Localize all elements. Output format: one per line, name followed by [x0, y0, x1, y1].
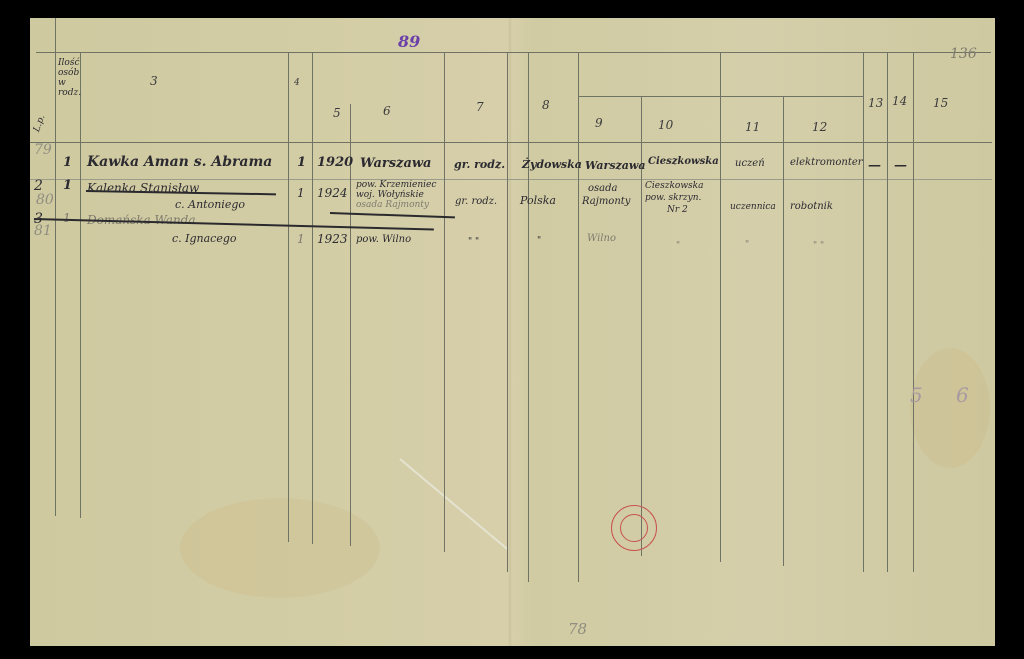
col-num-8: 8 — [542, 98, 550, 112]
education: uczennica — [730, 202, 776, 212]
name-line2: c. Ignacego — [172, 232, 237, 245]
page-number: 136 — [950, 46, 977, 62]
col-divider — [350, 104, 351, 546]
col-num-15: 15 — [933, 96, 948, 110]
margin-number: 81 — [34, 223, 52, 239]
col-divider — [507, 52, 508, 572]
margin-number: 80 — [36, 192, 54, 208]
name: Kawka Aman s. Abrama — [87, 154, 272, 170]
col-num-6: 6 — [383, 104, 391, 118]
nationality: " — [537, 236, 541, 246]
col-divider — [720, 52, 721, 562]
birth-year: 1920 — [317, 155, 353, 170]
religion: " " — [468, 237, 479, 247]
header-lp: L.p. — [32, 114, 47, 134]
header-top-line — [36, 52, 991, 53]
row-line — [30, 179, 992, 180]
nationality: Żydowska — [522, 158, 582, 171]
col-num-14: 14 — [892, 94, 907, 108]
register-page: 89 136 L.p. Ilość osób w rodz. 3 4 5 6 7… — [30, 18, 995, 646]
nationality: Polska — [520, 194, 556, 207]
birthplace: Warszawa — [360, 156, 431, 171]
col-divider — [288, 52, 289, 542]
street: Cieszkowska pow. skrzyn. Nr 2 — [645, 180, 703, 216]
col-num-11: 11 — [745, 120, 760, 134]
col-num-9: 9 — [595, 116, 603, 130]
col-divider — [55, 18, 56, 516]
religion: gr. rodz. — [455, 196, 497, 207]
col13: — — [868, 158, 881, 173]
col14: — — [894, 158, 907, 173]
col-num-13: 13 — [868, 96, 883, 110]
col-num-5: 5 — [333, 106, 341, 120]
col-divider — [80, 52, 81, 518]
col-num-10: 10 — [658, 118, 673, 132]
faint-mark: 5 — [910, 383, 923, 407]
underline — [330, 212, 455, 218]
col-divider — [863, 52, 864, 572]
center-fold — [508, 18, 512, 646]
education: " — [745, 240, 749, 250]
bottom-page-number: 78 — [568, 620, 587, 638]
education: uczeń — [735, 158, 765, 169]
col-num-7: 7 — [476, 100, 484, 114]
margin-number: 79 — [34, 142, 52, 158]
paper-stain — [910, 348, 990, 468]
residence: osada Rajmonty — [582, 182, 630, 208]
col-divider — [444, 52, 445, 552]
col-divider — [528, 52, 529, 582]
header-persons-count: Ilość osób w rodz. — [58, 58, 80, 98]
occupation: elektromonter — [790, 157, 863, 168]
col-divider — [887, 52, 888, 572]
faint-mark: 6 — [956, 383, 969, 407]
stamp-number: 89 — [398, 32, 420, 51]
lp: 1 — [63, 155, 72, 170]
residence: Wilno — [587, 233, 616, 244]
birthplace: pow. Krzemieniec woj. Wołyńskie osada Ra… — [356, 180, 436, 210]
paper-crease — [399, 458, 508, 550]
col4: 1 — [297, 232, 305, 246]
occupation: " " — [813, 241, 824, 251]
col-divider — [783, 96, 784, 566]
header-bottom-line — [30, 142, 992, 143]
street: Cieszkowska — [648, 156, 719, 167]
col4: 1 — [297, 155, 306, 170]
col-divider — [578, 52, 579, 582]
religion: gr. rodz. — [454, 158, 505, 171]
residence: Warszawa — [585, 159, 645, 172]
col-num-4: 4 — [294, 78, 300, 88]
persons: 1 — [63, 178, 72, 193]
col4: 1 — [297, 186, 305, 200]
birth-year: 1924 — [317, 186, 348, 200]
archive-stamp — [611, 505, 657, 551]
birth-year: 1923 — [317, 232, 348, 246]
occupation: robotnik — [790, 201, 833, 212]
birthplace: pow. Wilno — [356, 234, 411, 245]
col-divider — [312, 52, 313, 544]
col-divider — [913, 52, 914, 572]
name-line2: c. Antoniego — [175, 198, 245, 211]
col-num-12: 12 — [812, 120, 827, 134]
street: " — [676, 241, 680, 251]
col-num-3: 3 — [150, 74, 158, 88]
